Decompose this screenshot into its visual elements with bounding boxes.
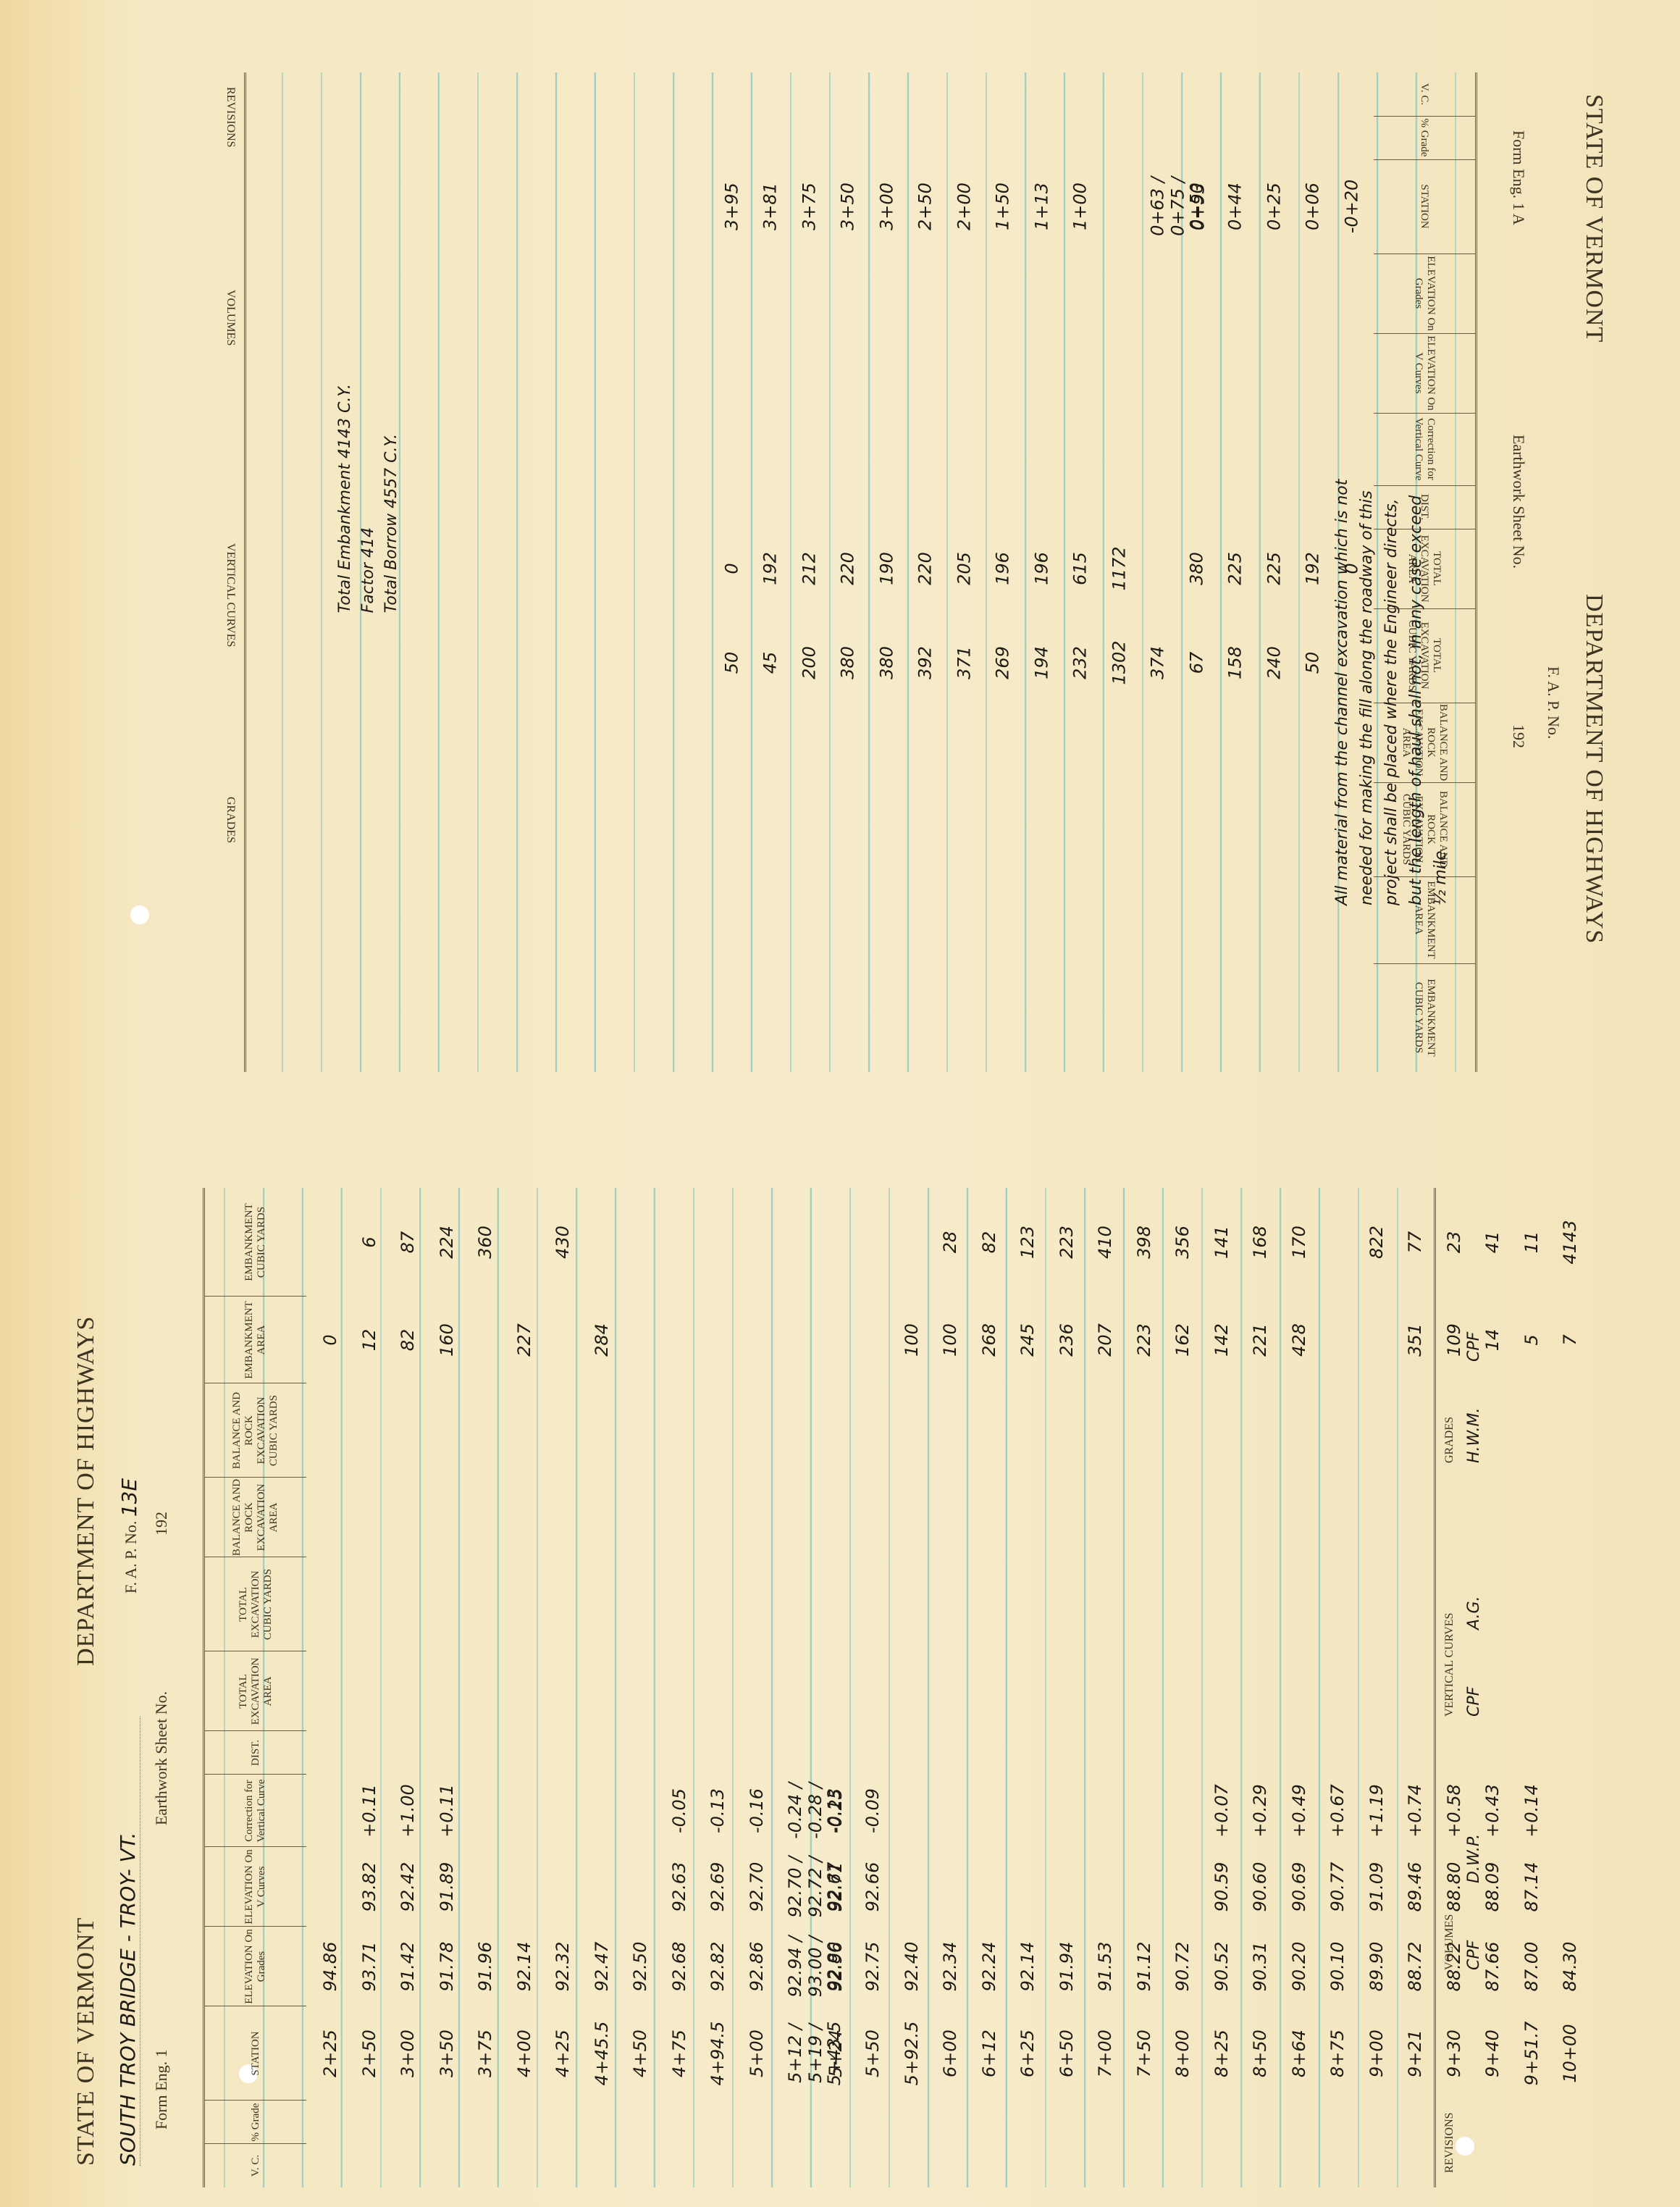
- station-cell: 4+94.5: [707, 2006, 728, 2101]
- vc-computed-by: CPF: [1465, 1687, 1483, 1717]
- on-grades-cell: 93.71: [359, 1927, 379, 2006]
- table-row: 5+12 / 5+19 / 5+2492.94 / 93.00 / 92.969…: [775, 1188, 814, 2187]
- excavation-area-cell: 0: [722, 529, 742, 608]
- department-title: DEPARTMENT OF HIGHWAYS: [1580, 594, 1608, 944]
- on-grades-cell: 91.53: [1095, 1927, 1115, 2006]
- on-grades-cell: 88.72: [1405, 1927, 1425, 2006]
- station-cell: 2+25: [320, 2006, 340, 2101]
- station-cell: 3+00: [398, 2006, 418, 2101]
- station-cell: 9+51.7: [1521, 2006, 1542, 2101]
- col-emb-cy: EMBANKMENT CUBIC YARDS: [1374, 963, 1475, 1072]
- grades-label: GRADES: [1443, 1417, 1456, 1463]
- col-vc: V. C.: [1374, 72, 1475, 117]
- sheet-footer: REVISIONS VOLUMES VERTICAL CURVES GRADES: [172, 72, 246, 1072]
- table-row: 9+2188.7289.46+0.7435177: [1395, 1188, 1434, 2187]
- station-cell: 9+00: [1366, 2006, 1387, 2101]
- excavation-area-cell: 220: [838, 529, 858, 608]
- on-grades-cell: 92.24: [979, 1927, 999, 2006]
- volumes-checked-by: D.W.P.: [1465, 1834, 1483, 1883]
- excavation-area-cell: 615: [1070, 529, 1091, 608]
- row-list: -0+2000+06192500+252252400+442251580+503…: [712, 72, 1371, 1072]
- embankment-area-cell: 160: [437, 1297, 457, 1383]
- excavation-cy-cell: 158: [1225, 616, 1246, 710]
- embankment-area-cell: 223: [1134, 1297, 1154, 1383]
- table-row: 10+0084.3074143: [1550, 1188, 1589, 2187]
- table-row: 5+92.592.40100: [891, 1188, 931, 2187]
- earthwork-sheet-top: STATE OF VERMONT DEPARTMENT OF HIGHWAYS …: [174, 72, 1622, 1072]
- department-title: DEPARTMENT OF HIGHWAYS: [72, 1316, 100, 1666]
- table-row: 3+7591.96360: [465, 1188, 504, 2187]
- table-row: 9+51.787.0087.14+0.14511: [1511, 1188, 1550, 2187]
- station-cell: -0+20: [1342, 159, 1362, 254]
- station-cell: 5+92.5: [902, 2006, 922, 2101]
- table-row: 3+75212200: [789, 72, 828, 1072]
- embankment-cy-cell: 168: [1250, 1188, 1270, 1297]
- station-cell: 8+75: [1327, 2006, 1348, 2101]
- on-grades-cell: 92.86: [747, 1927, 767, 2006]
- station-cell: 8+64: [1289, 2006, 1309, 2101]
- on-v-curves-cell: 92.69: [707, 1847, 728, 1927]
- col-correction: Correction for Vertical Curve: [205, 1774, 306, 1847]
- station-cell: 4+45.5: [592, 2006, 612, 2101]
- table-row: 1+13196194: [1022, 72, 1061, 1072]
- volumes-computed-by: CPF: [1465, 1940, 1483, 1970]
- embankment-area-cell: 7: [1560, 1297, 1580, 1383]
- col-station: STATION: [205, 2006, 306, 2101]
- embankment-area-cell: 221: [1250, 1297, 1270, 1383]
- on-grades-cell: 92.14: [514, 1927, 534, 2006]
- excavation-cy-cell: 380: [838, 616, 858, 710]
- embankment-area-cell: 284: [592, 1297, 612, 1383]
- embankment-cy-cell: 141: [1211, 1188, 1232, 1297]
- station-cell: 0+44: [1225, 159, 1246, 254]
- on-grades-cell: 90.20: [1289, 1927, 1309, 2006]
- earthwork-sheet-label: Earthwork Sheet No.: [152, 1691, 171, 1825]
- excavation-area-cell: 220: [915, 529, 936, 608]
- correction-cell: -0.05: [669, 1775, 689, 1847]
- station-cell: 8+50: [1250, 2006, 1270, 2101]
- table-row: 2+00205371: [944, 72, 983, 1072]
- on-v-curves-cell: 90.59: [1211, 1847, 1232, 1927]
- totals-block: Total Embankment 4143 C.Y. Factor 414 To…: [334, 384, 403, 613]
- table-row: 0+25225240: [1254, 72, 1293, 1072]
- year-label: 192: [152, 1512, 171, 1536]
- total-borrow-label: Total Borrow: [382, 514, 400, 613]
- correction-cell: +0.49: [1289, 1775, 1309, 1847]
- table-row: 1+50196269: [983, 72, 1022, 1072]
- embankment-area-cell: 428: [1289, 1297, 1309, 1383]
- volumes-label: VOLUMES: [1443, 1914, 1456, 1970]
- on-v-curves-cell: 91.09: [1366, 1847, 1387, 1927]
- on-v-curves-cell: 89.46: [1405, 1847, 1425, 1927]
- table-row: 8+0090.72162356: [1162, 1188, 1201, 2187]
- form-number: Form Eng. 1: [152, 2049, 171, 2129]
- col-total-exc-cy: TOTAL EXCAVATION CUBIC YARDS: [205, 1557, 306, 1651]
- embankment-area-cell: 227: [514, 1297, 534, 1383]
- on-v-curves-cell: 92.66: [862, 1847, 883, 1927]
- embankment-area-cell: 207: [1095, 1297, 1115, 1383]
- table-row: 6+2592.14245123: [1007, 1188, 1046, 2187]
- embankment-cy-cell: 398: [1134, 1188, 1154, 1297]
- punch-hole: [130, 905, 149, 924]
- revisions-label: REVISIONS: [224, 87, 237, 148]
- correction-cell: +1.19: [1366, 1775, 1387, 1847]
- embankment-area-cell: 12: [359, 1297, 379, 1383]
- sheet-header: STATE OF VERMONT DEPARTMENT OF HIGHWAYS …: [58, 1188, 224, 2187]
- table-row: 8+2590.5290.59+0.07142141: [1201, 1188, 1240, 2187]
- excavation-area-cell: 192: [1303, 529, 1323, 608]
- table-row: 4+5092.50: [620, 1188, 659, 2187]
- vertical-curves-label: VERTICAL CURVES: [1443, 1613, 1456, 1717]
- embankment-cy-cell: 87: [398, 1188, 418, 1297]
- table-row: 6+1292.2426882: [969, 1188, 1008, 2187]
- on-grades-cell: 91.12: [1134, 1927, 1154, 2006]
- col-on-grades: ELEVATION On Grades: [205, 1926, 306, 2006]
- embankment-cy-cell: 11: [1521, 1188, 1542, 1297]
- col-rock-area: BALANCE AND ROCK EXCAVATION AREA: [205, 1477, 306, 1557]
- on-grades-cell: 90.10: [1327, 1927, 1348, 2006]
- on-grades-cell: 92.80: [824, 1927, 844, 2006]
- excavation-cy-cell: 50: [722, 616, 742, 710]
- on-v-curves-cell: 92.70: [747, 1847, 767, 1927]
- on-grades-cell: 90.52: [1211, 1927, 1232, 2006]
- vc-checked-by: A.G.: [1465, 1596, 1483, 1630]
- station-cell: 3+50: [838, 159, 858, 254]
- excavation-area-cell: 1172: [1109, 529, 1130, 608]
- col-grade: % Grade: [1374, 116, 1475, 160]
- col-vc: V. C.: [205, 2143, 306, 2187]
- embankment-cy-cell: 410: [1095, 1188, 1115, 1297]
- station-cell: 10+00: [1560, 2006, 1580, 2101]
- on-v-curves-cell: 91.89: [437, 1847, 457, 1927]
- on-v-curves-cell: 90.77: [1327, 1847, 1348, 1927]
- correction-cell: +0.11: [437, 1775, 457, 1847]
- table-row: 8+6490.2090.69+0.49428170: [1279, 1188, 1318, 2187]
- total-embankment-label: Total Embankment: [336, 464, 354, 613]
- on-v-curves-cell: 92.67: [824, 1847, 844, 1927]
- embankment-area-cell: 100: [902, 1297, 922, 1383]
- embankment-area-cell: 5: [1521, 1297, 1542, 1383]
- excavation-cy-cell: 392: [915, 616, 936, 710]
- factor-value: 414: [359, 527, 377, 558]
- earthwork-sheet-bottom: STATE OF VERMONT DEPARTMENT OF HIGHWAYS …: [58, 1188, 1506, 2187]
- table-row: -0+200: [1332, 72, 1371, 1072]
- on-grades-cell: 92.75: [862, 1927, 883, 2006]
- station-cell: 0+25: [1264, 159, 1285, 254]
- embankment-cy-cell: 28: [940, 1188, 960, 1297]
- table-row: 3+8119245: [750, 72, 789, 1072]
- station-cell: 6+12: [979, 2006, 999, 2101]
- station-cell: 1+50: [993, 159, 1013, 254]
- embankment-cy-cell: 356: [1172, 1188, 1193, 1297]
- station-cell: 7+50: [1134, 2006, 1154, 2101]
- table-row: 2+2594.860: [310, 1188, 349, 2187]
- embankment-cy-cell: 4143: [1560, 1188, 1580, 1297]
- total-borrow-value: 4557 C.Y.: [382, 434, 400, 508]
- on-grades-cell: 92.50: [630, 1927, 650, 2006]
- embankment-cy-cell: 224: [437, 1188, 457, 1297]
- excavation-area-cell: 196: [993, 529, 1013, 608]
- on-v-curves-cell: 90.69: [1289, 1847, 1309, 1927]
- excavation-area-cell: 0: [1342, 529, 1362, 608]
- excavation-cy-cell: 374: [1148, 616, 1168, 710]
- excavation-cy-cell: 380: [877, 616, 897, 710]
- station-cell: 6+50: [1057, 2006, 1077, 2101]
- correction-cell: -0.16: [747, 1775, 767, 1847]
- on-grades-cell: 92.68: [669, 1927, 689, 2006]
- station-cell: 4+75: [669, 2006, 689, 2101]
- station-cell: 3+75: [799, 159, 820, 254]
- col-rock-cy: BALANCE AND ROCK EXCAVATION CUBIC YARDS: [205, 1383, 306, 1478]
- col-on-v-curves: ELEVATION On V Curves: [205, 1846, 306, 1927]
- correction-cell: +1.00: [398, 1775, 418, 1847]
- table-row: 5+0092.8692.70-0.16: [736, 1188, 776, 2187]
- station-cell: 5+50: [862, 2006, 883, 2101]
- on-v-curves-cell: 93.82: [359, 1847, 379, 1927]
- table-row: 4+7592.6892.63-0.05: [659, 1188, 698, 2187]
- station-cell: 2+00: [954, 159, 975, 254]
- factor-label: Factor: [359, 563, 377, 613]
- excavation-cy-cell: 1302: [1109, 616, 1130, 710]
- table-row: 3+50220380: [828, 72, 867, 1072]
- embankment-cy-cell: 6: [359, 1188, 379, 1297]
- on-v-curves-cell: 87.14: [1521, 1847, 1542, 1927]
- station-cell: 6+00: [940, 2006, 960, 2101]
- embankment-area-cell: 268: [979, 1297, 999, 1383]
- table-row: 5+43.592.8092.67-0.13: [814, 1188, 853, 2187]
- table-row: 9+0089.9091.09+1.19822: [1356, 1188, 1395, 2187]
- col-correction: Correction for Vertical Curve: [1374, 413, 1475, 486]
- table-row: 4+0092.14227: [504, 1188, 543, 2187]
- excavation-cy-cell: 240: [1264, 616, 1285, 710]
- embankment-cy-cell: 223: [1057, 1188, 1077, 1297]
- on-grades-cell: 92.40: [902, 1927, 922, 2006]
- table-row: 3+5091.7891.89+0.11160224: [427, 1188, 466, 2187]
- on-grades-cell: 90.72: [1172, 1927, 1193, 2006]
- fap-label: F. A. P. No.: [122, 1521, 140, 1594]
- on-grades-cell: 91.94: [1057, 1927, 1077, 2006]
- vertical-curves-label: VERTICAL CURVES: [224, 543, 237, 647]
- table-row: 0+44225158: [1215, 72, 1254, 1072]
- on-grades-cell: 92.34: [940, 1927, 960, 2006]
- col-total-exc-area: TOTAL EXCAVATION AREA: [205, 1651, 306, 1731]
- on-grades-cell: 92.82: [707, 1927, 728, 2006]
- col-emb-area: EMBANKMENT AREA: [205, 1296, 306, 1383]
- excavation-area-cell: 212: [799, 529, 820, 608]
- on-grades-cell: 91.96: [475, 1927, 495, 2006]
- correction-cell: +0.74: [1405, 1775, 1425, 1847]
- on-v-curves-cell: 90.60: [1250, 1847, 1270, 1927]
- station-cell: 6+25: [1017, 2006, 1038, 2101]
- table-row: 4+94.592.8292.69-0.13: [697, 1188, 736, 2187]
- table-row: 0+0619250: [1293, 72, 1332, 1072]
- station-cell: 3+00: [877, 159, 897, 254]
- table-row: 6+0092.3410028: [930, 1188, 969, 2187]
- table-row: 7+5091.12223398: [1124, 1188, 1163, 2187]
- table-row: 2+5093.7193.82+0.11126: [349, 1188, 388, 2187]
- total-embankment-value: 4143 C.Y.: [336, 384, 354, 458]
- col-grade: % Grade: [205, 2100, 306, 2144]
- embankment-area-cell: 236: [1057, 1297, 1077, 1383]
- state-title: STATE OF VERMONT: [1580, 94, 1608, 343]
- excavation-area-cell: 380: [1187, 529, 1207, 608]
- on-v-curves-cell: 92.63: [669, 1847, 689, 1927]
- excavation-cy-cell: 200: [799, 616, 820, 710]
- embankment-area-cell: 100: [940, 1297, 960, 1383]
- station-cell: 5+00: [747, 2006, 767, 2101]
- excavation-cy-cell: 50: [1303, 616, 1323, 710]
- on-grades-cell: 87.00: [1521, 1927, 1542, 2006]
- embankment-cy-cell: 360: [475, 1188, 495, 1297]
- embankment-area-cell: 245: [1017, 1297, 1038, 1383]
- table-row: 7+0091.53207410: [1085, 1188, 1124, 2187]
- year-label: 192: [1509, 724, 1528, 748]
- table-row: 8+5090.3190.60+0.29221168: [1240, 1188, 1279, 2187]
- data-grid: V. C. % Grade STATION ELEVATION On Grade…: [244, 72, 1477, 1072]
- table-row: 6+5091.94236223: [1046, 1188, 1085, 2187]
- embankment-cy-cell: 170: [1289, 1188, 1309, 1297]
- table-row: 0+63 / 0+75 / 0+93374: [1138, 72, 1177, 1072]
- correction-cell: +0.07: [1211, 1775, 1232, 1847]
- table-row: 4+2592.32430: [542, 1188, 581, 2187]
- excavation-cy-cell: 371: [954, 616, 975, 710]
- state-title: STATE OF VERMONT: [72, 1917, 100, 2166]
- station-cell: 0+06: [1303, 159, 1323, 254]
- excavation-area-cell: 190: [877, 529, 897, 608]
- fap-number: F. A. P. No. 13E: [117, 1478, 141, 1594]
- excavation-area-cell: 225: [1264, 529, 1285, 608]
- station-cell: 0+63 / 0+75 / 0+93: [1148, 159, 1209, 254]
- sheet-footer: REVISIONS VOLUMES CPF D.W.P. VERTICAL CU…: [1434, 1188, 1508, 2187]
- on-grades-cell: 92.14: [1017, 1927, 1038, 2006]
- correction-cell: +0.14: [1521, 1775, 1542, 1847]
- row-list: 2+2594.8602+5093.7193.82+0.111263+0091.4…: [310, 1188, 1589, 2187]
- table-row: 3+0091.4292.42+1.008287: [387, 1188, 427, 2187]
- station-cell: 4+00: [514, 2006, 534, 2101]
- col-station: STATION: [1374, 159, 1475, 254]
- grades-label: GRADES: [224, 797, 237, 843]
- volumes-label: VOLUMES: [224, 290, 237, 346]
- table-row: 3+95050: [712, 72, 751, 1072]
- table-row: 1+00615232: [1060, 72, 1099, 1072]
- embankment-area-cell: 0: [320, 1297, 340, 1383]
- on-grades-cell: 91.42: [398, 1927, 418, 2006]
- form-number: Form Eng. 1 A: [1509, 130, 1528, 225]
- excavation-cy-cell: 67: [1187, 616, 1207, 710]
- embankment-cy-cell: 822: [1366, 1188, 1387, 1297]
- embankment-cy-cell: 123: [1017, 1188, 1038, 1297]
- station-cell: 7+00: [1095, 2006, 1115, 2101]
- station-cell: 9+21: [1405, 2006, 1425, 2101]
- table-row: 5+5092.7592.66-0.09: [852, 1188, 891, 2187]
- on-grades-cell: 91.78: [437, 1927, 457, 2006]
- earthwork-sheet-label: Earthwork Sheet No.: [1509, 435, 1528, 569]
- station-cell: 1+13: [1032, 159, 1052, 254]
- station-cell: 1+00: [1070, 159, 1091, 254]
- on-grades-cell: 84.30: [1560, 1927, 1580, 2006]
- excavation-area-cell: 225: [1225, 529, 1246, 608]
- on-grades-cell: 94.86: [320, 1927, 340, 2006]
- station-cell: 8+25: [1211, 2006, 1232, 2101]
- col-dist: DIST.: [205, 1730, 306, 1775]
- excavation-cy-cell: 232: [1070, 616, 1091, 710]
- station-cell: 8+00: [1172, 2006, 1193, 2101]
- data-grid: V. C. % Grade STATION ELEVATION On Grade…: [203, 1188, 1436, 2187]
- station-cell: 2+50: [359, 2006, 379, 2101]
- embankment-cy-cell: 82: [979, 1188, 999, 1297]
- sheet-header: STATE OF VERMONT DEPARTMENT OF HIGHWAYS …: [1456, 72, 1622, 1072]
- correction-cell: +0.29: [1250, 1775, 1270, 1847]
- table-row: 2+50220392: [905, 72, 944, 1072]
- station-cell: 5+43.5: [824, 2006, 844, 2101]
- correction-cell: -0.13: [707, 1775, 728, 1847]
- station-cell: 3+95: [722, 159, 742, 254]
- correction-cell: +0.11: [359, 1775, 379, 1847]
- col-on-v-curves: ELEVATION On V Curves: [1374, 333, 1475, 414]
- table-row: 11721302: [1099, 72, 1138, 1072]
- excavation-cy-cell: 194: [1032, 616, 1052, 710]
- grades-checked-by: CPF: [1465, 1332, 1483, 1362]
- grades-computed-by: H.W.M.: [1465, 1408, 1483, 1463]
- fap-label: F. A. P. No.: [1544, 666, 1563, 739]
- excavation-cy-cell: 269: [993, 616, 1013, 710]
- embankment-area-cell: 351: [1405, 1297, 1425, 1383]
- excavation-cy-cell: 45: [760, 616, 781, 710]
- on-grades-cell: 92.47: [592, 1927, 612, 2006]
- station-cell: 3+75: [475, 2006, 495, 2101]
- embankment-area-cell: 162: [1172, 1297, 1193, 1383]
- embankment-area-cell: 82: [398, 1297, 418, 1383]
- excavation-area-cell: 205: [954, 529, 975, 608]
- col-on-grades: ELEVATION On Grades: [1374, 254, 1475, 334]
- on-grades-cell: 89.90: [1366, 1927, 1387, 2006]
- correction-cell: +0.67: [1327, 1775, 1348, 1847]
- on-grades-cell: 90.31: [1250, 1927, 1270, 2006]
- revisions-label: REVISIONS: [1443, 2112, 1456, 2173]
- station-cell: 2+50: [915, 159, 936, 254]
- excavation-area-cell: 196: [1032, 529, 1052, 608]
- embankment-cy-cell: 77: [1405, 1188, 1425, 1297]
- col-emb-cy: EMBANKMENT CUBIC YARDS: [205, 1188, 306, 1297]
- table-row: 4+45.592.47284: [581, 1188, 621, 2187]
- table-row: 8+7590.1090.77+0.67: [1317, 1188, 1356, 2187]
- station-cell: 4+25: [553, 2006, 573, 2101]
- correction-cell: -0.13: [824, 1775, 844, 1847]
- embankment-area-cell: 142: [1211, 1297, 1232, 1383]
- embankment-cy-cell: 430: [553, 1188, 573, 1297]
- on-grades-cell: 92.32: [553, 1927, 573, 2006]
- project-name: SOUTH TROY BRIDGE - TROY- VT.: [116, 1717, 140, 2166]
- station-cell: 3+81: [760, 159, 781, 254]
- fap-value: 13E: [117, 1478, 141, 1517]
- excavation-area-cell: 192: [760, 529, 781, 608]
- station-cell: 4+50: [630, 2006, 650, 2101]
- correction-cell: -0.09: [862, 1775, 883, 1847]
- on-v-curves-cell: 92.42: [398, 1847, 418, 1927]
- table-row: 3+00190380: [867, 72, 906, 1072]
- station-cell: 3+50: [437, 2006, 457, 2101]
